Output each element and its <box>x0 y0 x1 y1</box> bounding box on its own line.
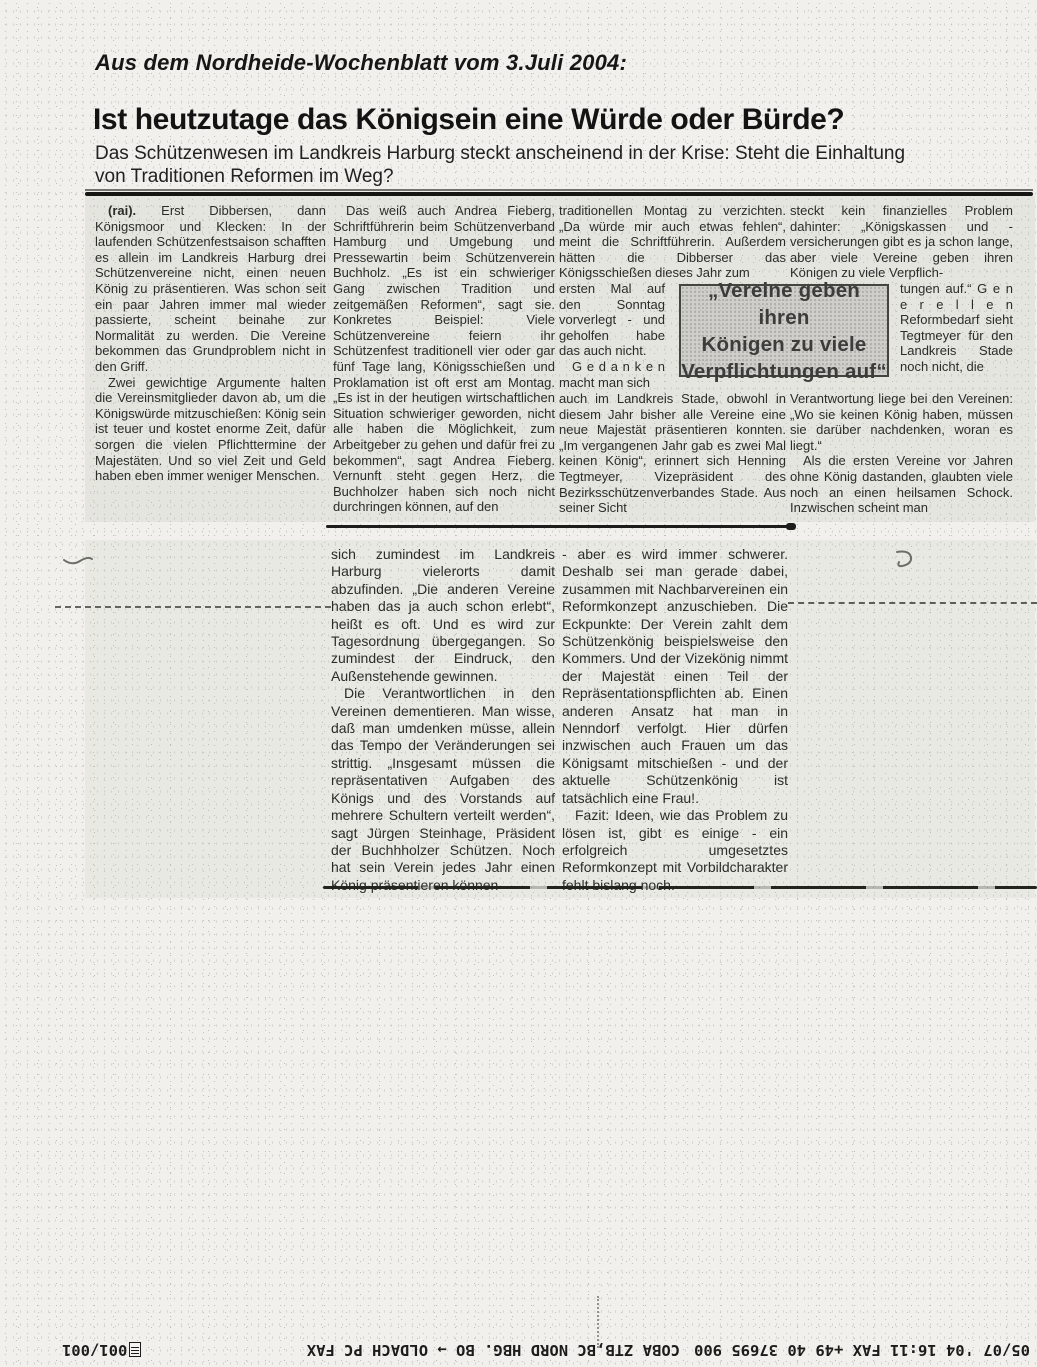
handwritten-tick-mark-right <box>893 548 919 570</box>
handwritten-tick-mark-left <box>62 552 94 570</box>
pull-quote-line: Verpflichtungen auf“ <box>681 358 887 385</box>
fax-datetime: 05/07 '04 16:11 FAX +49 40 37695 900 <box>694 1341 1030 1359</box>
paragraph: Zwei gewichtige Argumente halten die Ver… <box>95 375 326 484</box>
text-wrap-right-of-pullquote: tungen auf.“ G e n e r e l l e n Reformb… <box>900 281 1013 391</box>
paragraph: Verantwortung liege bei den Vereinen: „W… <box>790 391 1013 453</box>
pull-quote-line: Königen zu viele <box>702 331 867 358</box>
source-attribution: Aus dem Nordheide-Wochenblatt vom 3.Juli… <box>95 50 627 76</box>
text-wrap-left-of-pullquote: ersten Mal auf den Sonntag vorverlegt - … <box>559 281 665 391</box>
fax-page-numbers: 001/001 <box>62 1341 127 1359</box>
section-divider-line <box>326 525 792 528</box>
fax-page-count-icon <box>129 1343 141 1358</box>
article-headline: Ist heutzutage das Königsein eine Würde … <box>93 103 844 137</box>
pull-quote-box: „Vereine geben ihren Königen zu viele Ve… <box>679 284 889 377</box>
pencil-dash-mark-right <box>788 602 1037 604</box>
fax-page-count: 001/001 <box>62 1341 141 1359</box>
paragraph: Die Verantwortlichen in den Vereinen dem… <box>331 685 555 894</box>
paragraph: (rai). Erst Dibbersen, dann Königsmoor u… <box>95 203 326 375</box>
fax-route: COBA ZTB,BC NORD HBG. BO → OLDACH PC FAX <box>307 1341 680 1359</box>
paragraph: Als die ersten Vereine vor Jahren ohne K… <box>790 453 1013 515</box>
article-column-5: sich zumindest im Landkreis Harburg viel… <box>331 546 555 894</box>
scanned-newspaper-page: Aus dem Nordheide-Wochenblatt vom 3.Juli… <box>0 0 1037 1367</box>
article-subhead: Das Schützenwesen im Landkreis Harburg s… <box>95 143 907 188</box>
paragraph: Das weiß auch Andrea Fieberg, Schriftfüh… <box>333 203 555 515</box>
paragraph: tungen auf.“ G e n e r e l l e n Reformb… <box>900 281 1013 375</box>
scan-shading-bottom <box>85 540 1035 898</box>
article-column-2: Das weiß auch Andrea Fieberg, Schriftfüh… <box>333 203 555 515</box>
article-column-6: - aber es wird immer schwerer. Deshalb s… <box>562 546 788 894</box>
pull-quote-line: „Vereine geben ihren <box>681 277 887 331</box>
paragraph: - aber es wird immer schwerer. Deshalb s… <box>562 546 788 807</box>
header-rule-thick <box>85 192 1033 196</box>
header-rule-thin <box>85 189 1033 191</box>
paragraph: Fazit: Ideen, wie das Problem zu lösen i… <box>562 807 788 894</box>
paragraph: G e d a n k e n macht man sich <box>559 359 665 390</box>
paragraph: steckt kein finanzielles Problem dahinte… <box>790 203 1013 281</box>
article-column-1: (rai). Erst Dibbersen, dann Königsmoor u… <box>95 203 326 484</box>
paragraph-text: Erst Dibbersen, dann Königsmoor und Klec… <box>95 203 326 374</box>
paragraph: auch im Landkreis Stade, obwohl in diese… <box>559 391 786 516</box>
byline-tag: (rai). <box>108 203 136 218</box>
paragraph: ersten Mal auf den Sonntag vorverlegt - … <box>559 281 665 359</box>
pencil-dash-mark-left <box>55 606 331 608</box>
article-end-rule <box>323 886 1037 889</box>
fax-transmission-header: 05/07 '04 16:11 FAX +49 40 37695 900 COB… <box>0 1338 1037 1362</box>
paragraph: sich zumindest im Landkreis Harburg viel… <box>331 546 555 685</box>
paragraph: traditionellen Montag zu verzichten. „Da… <box>559 203 786 281</box>
